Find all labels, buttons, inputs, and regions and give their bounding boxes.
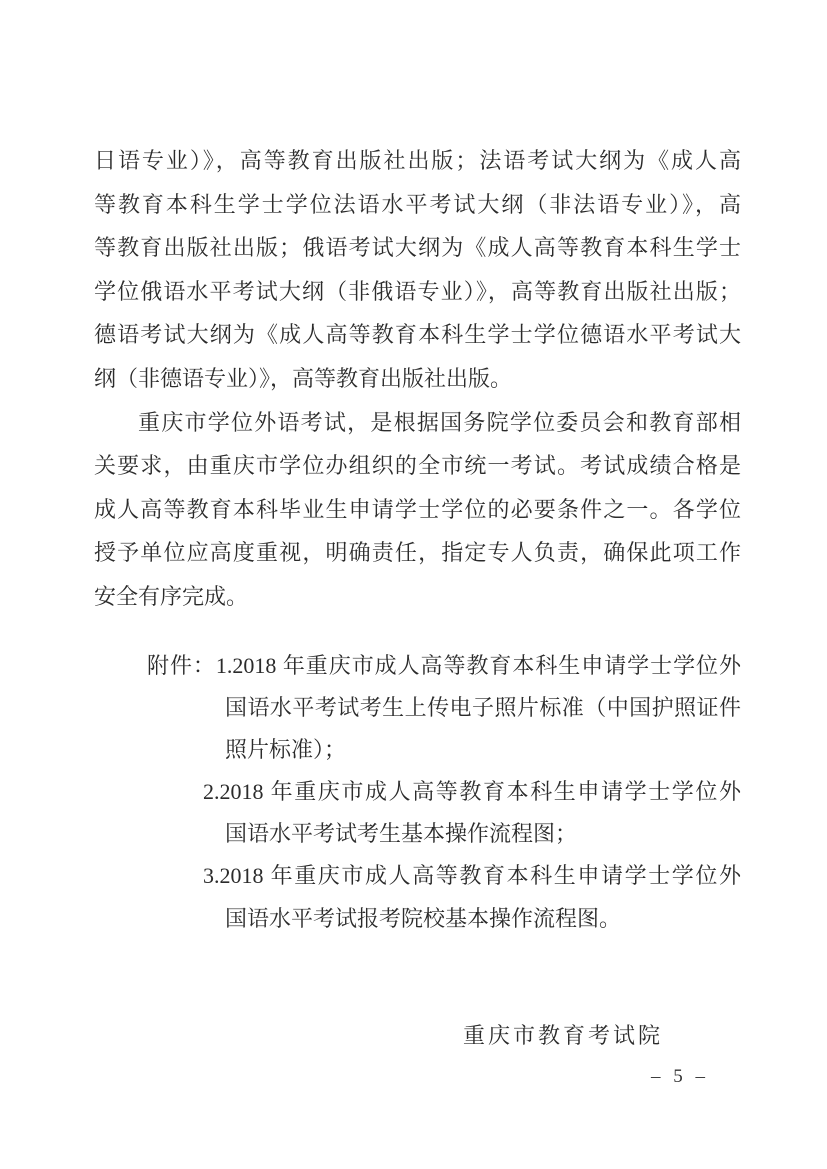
paragraph-exam-outlines: 日语专业）》，高等教育出版社出版；法语考试大纲为《成人高 等教育本科生学士学位法… — [94, 139, 741, 401]
attachment-item-1-line-3: 照片标准）； — [94, 729, 741, 771]
attachment-item-3-line-2: 国语水平考试报考院校基本操作流程图。 — [94, 898, 741, 940]
body-line: 等教育出版社出版；俄语考试大纲为《成人高等教育本科生学士 — [94, 226, 741, 270]
body-line: 重庆市学位外语考试，是根据国务院学位委员会和教育部相 — [94, 401, 741, 445]
attachment-item-2-line-1: 2.2018 年重庆市成人高等教育本科生申请学士学位外 — [94, 771, 741, 813]
attachments-section: 附件：1.2018 年重庆市成人高等教育本科生申请学士学位外 国语水平考试考生上… — [94, 645, 741, 940]
page-number: – 5 – — [651, 1066, 706, 1088]
body-line: 成人高等教育本科毕业生申请学士学位的必要条件之一。各学位 — [94, 488, 741, 532]
issuer-signature: 重庆市教育考试院 — [463, 1022, 663, 1050]
paragraph-exam-significance: 重庆市学位外语考试，是根据国务院学位委员会和教育部相 关要求，由重庆市学位办组织… — [94, 401, 741, 619]
attachment-item-2-line-2: 国语水平考试考生基本操作流程图； — [94, 813, 741, 855]
attachments-label: 附件： — [147, 653, 216, 678]
document-body: 日语专业）》，高等教育出版社出版；法语考试大纲为《成人高 等教育本科生学士学位法… — [94, 139, 741, 940]
attachment-item-1-line-2: 国语水平考试考生上传电子照片标准（中国护照证件 — [94, 687, 741, 729]
body-line: 德语考试大纲为《成人高等教育本科生学士学位德语水平考试大 — [94, 313, 741, 357]
body-line: 等教育本科生学士学位法语水平考试大纲（非法语专业）》，高 — [94, 183, 741, 227]
attachment-item-3-line-1: 3.2018 年重庆市成人高等教育本科生申请学士学位外 — [94, 855, 741, 897]
body-line: 纲（非德语专业）》，高等教育出版社出版。 — [94, 357, 741, 401]
body-line: 安全有序完成。 — [94, 575, 741, 619]
body-line: 关要求，由重庆市学位办组织的全市统一考试。考试成绩合格是 — [94, 444, 741, 488]
attachment-item-1-line-1: 附件：1.2018 年重庆市成人高等教育本科生申请学士学位外 — [94, 645, 741, 687]
attachment-item-1-text: 1.2018 年重庆市成人高等教育本科生申请学士学位外 — [216, 653, 741, 678]
body-line: 学位俄语水平考试大纲（非俄语专业）》，高等教育出版社出版； — [94, 270, 741, 314]
body-line: 授予单位应高度重视，明确责任，指定专人负责，确保此项工作 — [94, 531, 741, 575]
document-page: 日语专业）》，高等教育出版社出版；法语考试大纲为《成人高 等教育本科生学士学位法… — [0, 0, 827, 1169]
body-line: 日语专业）》，高等教育出版社出版；法语考试大纲为《成人高 — [94, 139, 741, 183]
